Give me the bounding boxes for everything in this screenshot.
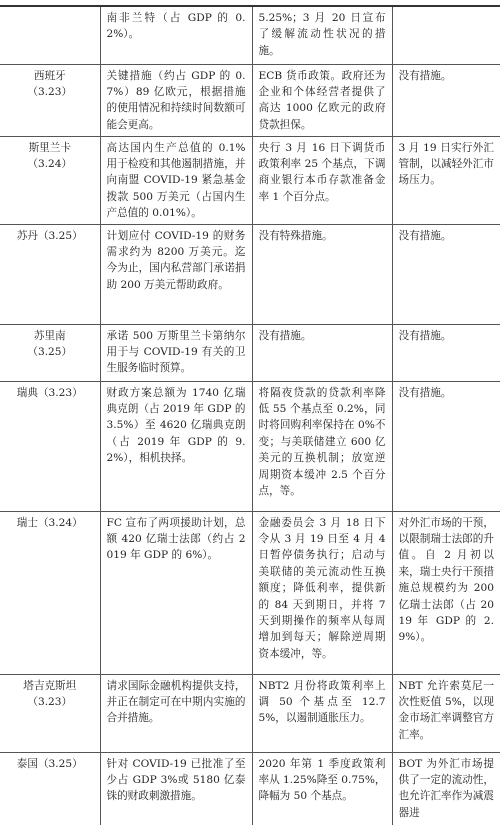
country-date: （3.25） xyxy=(2,344,98,360)
fiscal-cell: FC 宣布了两项援助计划，总额 420 亿瑞士法郎（约占 2019 年 GDP … xyxy=(100,511,252,674)
fiscal-cell: 计划应付 COVID-19 的财务需求约为 8200 万美元。迄今为止，国内私营… xyxy=(100,224,252,324)
fiscal-cell: 针对 COVID-19 已批准了至少占 GDP 3%或 5180 亿泰铢的财政刺… xyxy=(100,752,252,825)
table-row: 苏丹（3.25） 计划应付 COVID-19 的财务需求约为 8200 万美元。… xyxy=(0,224,500,324)
country-name: 瑞士（3.24） xyxy=(2,515,98,531)
country-cell: 瑞士（3.24） xyxy=(0,511,100,674)
country-name: 斯里兰卡 xyxy=(2,140,98,156)
country-name: 苏里南 xyxy=(2,328,98,344)
monetary-cell: 将隔夜贷款的贷款利率降低 55 个基点至 0.2%，同时将回购利率保持在 0%不… xyxy=(252,381,392,511)
table-row: 南非兰特（占 GDP 的 0.2%）。 5.25%；3 月 20 日宣布了缓解流… xyxy=(0,6,500,64)
country-name: 苏丹（3.25） xyxy=(2,228,98,244)
monetary-cell: NBT2 月份将政策利率上调 50 个基点至 12.75%，以遏制通胀压力。 xyxy=(252,674,392,752)
country-cell: 泰国（3.25） xyxy=(0,752,100,825)
country-cell: 苏丹（3.25） xyxy=(0,224,100,324)
table-row: 斯里兰卡（3.24） 高达国内生产总值的 0.1% 用于检疫和其他遏制措施，并向… xyxy=(0,136,500,224)
table-row: 泰国（3.25） 针对 COVID-19 已批准了至少占 GDP 3%或 518… xyxy=(0,752,500,825)
country-cell: 斯里兰卡（3.24） xyxy=(0,136,100,224)
table-row: 瑞士（3.24） FC 宣布了两项援助计划，总额 420 亿瑞士法郎（约占 20… xyxy=(0,511,500,674)
table-row: 塔吉克斯坦（3.23） 请求国际金融机构提供支持，并正在制定可在中期内实施的合并… xyxy=(0,674,500,752)
table-row: 瑞典（3.23） 财政方案总额为 1740 亿瑞典克朗（占 2019 年 GDP… xyxy=(0,381,500,511)
country-name: 瑞典（3.23） xyxy=(2,385,98,401)
country-name: 塔吉克斯坦 xyxy=(2,678,98,694)
country-cell: 瑞典（3.23） xyxy=(0,381,100,511)
fx-cell: 3 月 19 日实行外汇管制，以减轻外汇市场压力。 xyxy=(392,136,500,224)
monetary-cell: 没有措施。 xyxy=(252,324,392,381)
fiscal-cell: 财政方案总额为 1740 亿瑞典克朗（占 2019 年 GDP 的 3.5%）至… xyxy=(100,381,252,511)
policy-measures-table: 南非兰特（占 GDP 的 0.2%）。 5.25%；3 月 20 日宣布了缓解流… xyxy=(0,5,500,825)
country-date: （3.24） xyxy=(2,156,98,172)
table-row: 苏里南（3.25） 承诺 500 万斯里兰卡第纳尔用于与 COVID-19 有关… xyxy=(0,324,500,381)
country-cell: 西班牙（3.23） xyxy=(0,64,100,136)
monetary-cell: 没有特殊措施。 xyxy=(252,224,392,324)
fiscal-cell: 关键措施（约占 GDP 的 0.7%）89 亿欧元，根据措施的使用情况和持续时间… xyxy=(100,64,252,136)
fiscal-cell: 承诺 500 万斯里兰卡第纳尔用于与 COVID-19 有关的卫生服务临时预算。 xyxy=(100,324,252,381)
fx-cell: 没有措施。 xyxy=(392,224,500,324)
fx-cell xyxy=(392,6,500,64)
fx-cell: NBT 允许索莫尼一次性贬值 5%，以现金市场汇率调整官方汇率。 xyxy=(392,674,500,752)
fx-cell: 对外汇市场的干预，以限制瑞士法郎的升值。自 2 月初以来，瑞士央行干预措施总规模… xyxy=(392,511,500,674)
country-name: 西班牙 xyxy=(2,68,98,84)
country-name: 泰国（3.25） xyxy=(2,756,98,772)
fx-cell: 没有措施。 xyxy=(392,381,500,511)
country-date: （3.23） xyxy=(2,84,98,100)
fx-cell: 没有措施。 xyxy=(392,64,500,136)
fiscal-cell: 高达国内生产总值的 0.1% 用于检疫和其他遏制措施，并向南盟 COVID-19… xyxy=(100,136,252,224)
monetary-cell: 5.25%；3 月 20 日宣布了缓解流动性状况的措施。 xyxy=(252,6,392,64)
country-cell: 塔吉克斯坦（3.23） xyxy=(0,674,100,752)
table-row: 西班牙（3.23） 关键措施（约占 GDP 的 0.7%）89 亿欧元，根据措施… xyxy=(0,64,500,136)
monetary-cell: 2020 年第 1 季度政策利率从 1.25%降至 0.75%，降幅为 50 个… xyxy=(252,752,392,825)
monetary-cell: 金融委员会 3 月 18 日下令从 3 月 19 日至 4 月 4 日暂停债务执… xyxy=(252,511,392,674)
fiscal-cell: 请求国际金融机构提供支持，并正在制定可在中期内实施的合并措施。 xyxy=(100,674,252,752)
fiscal-cell: 南非兰特（占 GDP 的 0.2%）。 xyxy=(100,6,252,64)
country-cell xyxy=(0,6,100,64)
country-date: （3.23） xyxy=(2,694,98,710)
fx-cell: 没有措施。 xyxy=(392,324,500,381)
monetary-cell: 央行 3 月 16 日下调货币政策利率 25 个基点，下调商业银行本币存款准备金… xyxy=(252,136,392,224)
monetary-cell: ECB 货币政策。政府还为企业和个体经营者提供了高达 1000 亿欧元的政府贷款… xyxy=(252,64,392,136)
fx-cell: BOT 为外汇市场提供了一定的流动性，也允许汇率作为减震器进 xyxy=(392,752,500,825)
country-cell: 苏里南（3.25） xyxy=(0,324,100,381)
